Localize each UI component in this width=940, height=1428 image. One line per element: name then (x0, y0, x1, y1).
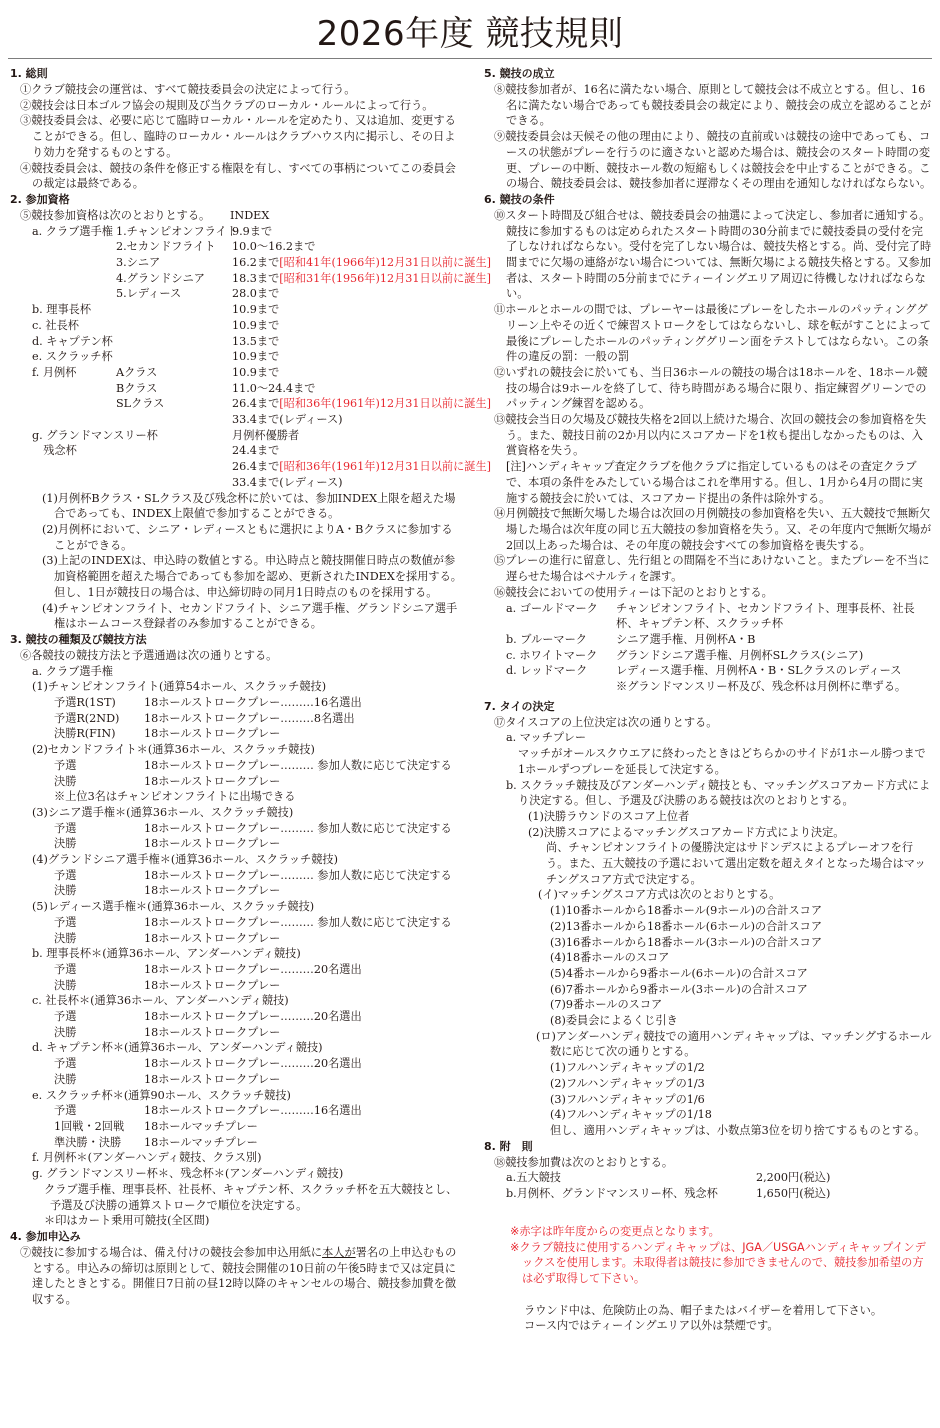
eligibility-row: c. 社長杯10.9まで (32, 318, 462, 334)
right-column: 5. 競技の成立 ⑧競技参加者が、16名に満たない場合、原則として競技会は不成立… (484, 66, 932, 1334)
round-row: 決勝18ホールストロークプレー (32, 836, 462, 852)
matching-item: (4)18番ホールのスコア (550, 950, 932, 966)
eligibility-row: f. 月例杯Aクラス10.9まで (32, 365, 462, 381)
eligibility-row: e. スクラッチ杯10.9まで (32, 349, 462, 365)
section-heading-general: 1. 総則 (10, 66, 462, 82)
round-row: 準決勝・決勝18ホールマッチプレー (32, 1135, 462, 1151)
group-title: b. 理事長杯＊(通算36ホール、アンダーハンディ競技) (32, 946, 462, 962)
tee-row-blue: b. ブルーマークシニア選手権、月例杯A・B (506, 632, 932, 648)
rule-item-11: ⑪ホールとホールの間では、プレーヤーは最後にプレーをしたホールのパッティンググリ… (484, 302, 932, 365)
rule-item-13: ⑬競技会当日の欠場及び競技失格を2回以上続けた場合、次回の競技会の参加資格を失う… (484, 412, 932, 459)
cart-note: ＊印はカート乗用可競技(全区間) (32, 1213, 462, 1229)
eligibility-intro: ⑤競技参加資格は次のとおりとする。 (20, 208, 230, 224)
red-note-changes: ※赤字は昨年度からの変更点となります。 (484, 1224, 932, 1240)
matching-item: (3)16番ホールから18番ホール(3ホール)の合計スコア (550, 935, 932, 951)
rule-13-note: [注]ハンディキャップ査定クラブを他クラブに指定しているものはその査定クラブで、… (484, 459, 932, 506)
tie-match-play-label: a. マッチプレー (484, 730, 932, 746)
fee-intro: ⑱競技参加費は次のとおりとする。 (484, 1155, 932, 1171)
eligibility-note-3-extra: 但し、1日が競技日の場合は、申込締切時の同月1日時点のものを採用する。 (10, 585, 462, 601)
handicap-note: 但し、適用ハンディキャップは、小数点第3位を切り捨てするものとする。 (550, 1123, 932, 1139)
round-row: 1回戦・2回戦18ホールマッチプレー (32, 1119, 462, 1135)
tee-row-gold: a. ゴールドマークチャンピオンフライト、セカンドフライト、理事長杯、社長杯、キ… (506, 601, 932, 632)
round-row: 決勝18ホールストロークプレー (32, 978, 462, 994)
monthly-cup-line: f. 月例杯＊(アンダーハンディ競技、クラス別) (32, 1150, 462, 1166)
eligibility-row: 残念杯24.4まで (32, 443, 462, 459)
matching-title: (イ)マッチングスコア方式は次のとおりとする。 (484, 887, 932, 903)
handicap-item: (3)フルハンディキャップの1/6 (550, 1092, 932, 1108)
round-row: 決勝18ホールストロークプレー (32, 883, 462, 899)
smoking-note: コース内ではティーイングエリア以外は禁煙です。 (484, 1318, 932, 1334)
eligibility-row: g. グランドマンスリー杯月例杯優勝者 (32, 428, 462, 444)
rule-item-1: ①クラブ競技会の運営は、すべて競技委員会の決定によって行う。 (10, 82, 462, 98)
eligibility-row: 3.シニア16.2まで[昭和41年(1966年)12月31日以前に誕生] (32, 255, 462, 271)
group-title: (3)シニア選手権＊(通算36ホール、スクラッチ競技) (32, 805, 462, 821)
changed-date-note: [昭和31年(1956年)12月31日以前に誕生] (279, 272, 491, 285)
section-heading-establishment: 5. 競技の成立 (484, 66, 932, 82)
section-heading-eligibility: 2. 参加資格 (10, 192, 462, 208)
matching-list: (1)10番ホールから18番ホール(9ホール)の合計スコア (2)13番ホールか… (484, 903, 932, 1029)
handicap-item: (4)フルハンディキャップの1/18 (550, 1107, 932, 1123)
eligibility-row: 26.4まで[昭和36年(1961年)12月31日以前に誕生] (32, 459, 462, 475)
group-title: (2)セカンドフライト＊(通算36ホール、スクラッチ競技) (32, 742, 462, 758)
round-row: 決勝R(FIN)18ホールストロークプレー (32, 726, 462, 742)
rule-item-3: ③競技委員会は、必要に応じて臨時ローカル・ルールを定めたり、又は追加、変更するこ… (10, 113, 462, 160)
handicap-title: (ロ)アンダーハンディ競技での適用ハンディキャップは、マッチングするホール数に応… (484, 1029, 932, 1060)
eligibility-note-2: (2)月例杯において、シニア・レディースともに選択によりA・Bクラスに参加するこ… (10, 522, 462, 553)
entry-rule: ⑦競技に参加する場合は、備え付けの競技会参加申込用紙に本人が署名の上申込むものと… (10, 1245, 462, 1308)
rule-item-9: ⑨競技委員会は天候その他の理由により、競技の直前或いは競技の途中であっても、コー… (484, 129, 932, 192)
eligibility-table: a. クラブ選手権1.チャンピオンフライト9.9まで 2.セカンドフライト10.… (10, 224, 462, 491)
tie-b2-note: 尚、チャンピオンフライトの優勝決定はサドンデスによるプレーオフを行う。また、五大… (484, 840, 932, 887)
eligibility-header: ⑤競技参加資格は次のとおりとする。 INDEX (10, 208, 462, 224)
section-heading-entry: 4. 参加申込み (10, 1229, 462, 1245)
eligibility-row: 33.4まで(レディース) (32, 412, 462, 428)
round-row: 予選R(1ST)18ホールストロークプレー………16名選出 (32, 695, 462, 711)
group-title: (4)グランドシニア選手権＊(通算36ホール、スクラッチ競技) (32, 852, 462, 868)
tie-match-play-text: マッチがオールスクウエアに終わったときはどちらかのサイドが1ホール勝つまで1ホー… (484, 746, 932, 777)
rule-item-10: ⑩スタート時間及び組合せは、競技委員会の抽選によって決定し、参加者に通知する。競… (484, 208, 932, 302)
handicap-item: (1)フルハンディキャップの1/2 (550, 1060, 932, 1076)
group-title: e. スクラッチ杯＊(通算90ホール、スクラッチ競技) (32, 1088, 462, 1104)
eligibility-row: 33.4まで(レディース) (32, 475, 462, 491)
rule-item-12: ⑫いずれの競技会に於いても、当日36ホールの競技の場合は18ホールを、18ホール… (484, 365, 932, 412)
eligibility-row: 4.グランドシニア18.3まで[昭和31年(1956年)12月31日以前に誕生] (32, 271, 462, 287)
round-row: 決勝18ホールストロークプレー (32, 931, 462, 947)
matching-item: (5)4番ホールから9番ホール(6ホール)の合計スコア (550, 966, 932, 982)
eligibility-row: a. クラブ選手権1.チャンピオンフライト9.9まで (32, 224, 462, 240)
club-championship-groups: (1)チャンピオンフライト(通算54ホール、スクラッチ競技) 予選R(1ST)1… (10, 679, 462, 946)
rule-item-16: ⑯競技会においての使用ティーは下記のとおりとする。 (484, 585, 932, 601)
matching-item: (1)10番ホールから18番ホール(9ホール)の合計スコア (550, 903, 932, 919)
tee-table: a. ゴールドマークチャンピオンフライト、セカンドフライト、理事長杯、社長杯、キ… (484, 601, 932, 695)
round-note: ※上位3名はチャンピオンフライトに出場できる (32, 789, 462, 805)
eligibility-row: 5.レディース28.0まで (32, 286, 462, 302)
page-title: 2026年度 競技規則 (0, 12, 940, 56)
tie-b2: (2)決勝スコアによるマッチングスコアカード方式により決定。 (484, 825, 932, 841)
red-note-handicap: ※クラブ競技に使用するハンディキャップは、JGA／USGAハンディキャップインデ… (484, 1240, 932, 1287)
group-title: c. 社長杯＊(通算36ホール、アンダーハンディ競技) (32, 993, 462, 1009)
rule-item-4: ④競技委員会は、競技の条件を修正する権限を有し、すべての事柄についてこの委員会の… (10, 161, 462, 192)
fee-row: b.月例杯、グランドマンスリー杯、残念杯1,650円(税込) (506, 1186, 932, 1202)
safety-note: ラウンド中は、危険防止の為、帽子またはバイザーを着用して下さい。 (484, 1303, 932, 1319)
tee-note: ※グランドマンスリー杯及び、残念杯は月例杯に準ずる。 (506, 679, 932, 695)
group-title: (1)チャンピオンフライト(通算54ホール、スクラッチ競技) (32, 679, 462, 695)
group-title: d. キャプテン杯＊(通算36ホール、アンダーハンディ競技) (32, 1040, 462, 1056)
changed-date-note: [昭和36年(1961年)12月31日以前に誕生] (279, 460, 491, 473)
round-row: 予選18ホールストロークプレー………20名選出 (32, 962, 462, 978)
matching-item: (8)委員会によるくじ引き (550, 1013, 932, 1029)
round-row: 予選18ホールストロークプレー………16名選出 (32, 1103, 462, 1119)
round-row: 決勝18ホールストロークプレー (32, 1072, 462, 1088)
tee-row-red: d. レッドマークレディース選手権、月例杯A・B・SLクラスのレディース (506, 663, 932, 679)
left-column: 1. 総則 ①クラブ競技会の運営は、すべて競技委員会の決定によって行う。 ②競技… (10, 66, 462, 1308)
five-major-note: クラブ選手権、理事長杯、社長杯、キャプテン杯、スクラッチ杯を五大競技とし、予選及… (32, 1182, 462, 1213)
eligibility-row: SLクラス26.4まで[昭和36年(1961年)12月31日以前に誕生] (32, 396, 462, 412)
round-row: 予選18ホールストロークプレー……… 参加人数に応じて決定する (32, 758, 462, 774)
eligibility-row: d. キャプテン杯13.5まで (32, 334, 462, 350)
tie-intro: ⑰タイスコアの上位決定は次の通りとする。 (484, 715, 932, 731)
changed-date-note: [昭和36年(1961年)12月31日以前に誕生] (279, 397, 491, 410)
round-row: 予選18ホールストロークプレー………20名選出 (32, 1056, 462, 1072)
handicap-list: (1)フルハンディキャップの1/2 (2)フルハンディキャップの1/3 (3)フ… (484, 1060, 932, 1139)
round-row: 予選18ホールストロークプレー………20名選出 (32, 1009, 462, 1025)
competition-intro: ⑥各競技の競技方法と予選通過は次の通りとする。 (10, 648, 462, 664)
fee-row: a.五大競技2,200円(税込) (506, 1170, 932, 1186)
tie-scratch-text: b. スクラッチ競技及びアンダーハンディ競技とも、マッチングスコアカード方式によ… (484, 778, 932, 809)
round-row: 予選18ホールストロークプレー……… 参加人数に応じて決定する (32, 821, 462, 837)
round-row: 予選18ホールストロークプレー……… 参加人数に応じて決定する (32, 915, 462, 931)
grand-monthly-line: g. グランドマンスリー杯＊、残念杯＊(アンダーハンディ競技) (32, 1166, 462, 1182)
round-row: 予選18ホールストロークプレー……… 参加人数に応じて決定する (32, 868, 462, 884)
round-row: 決勝18ホールストロークプレー (32, 774, 462, 790)
section-heading-competition-types: 3. 競技の種類及び競技方法 (10, 632, 462, 648)
eligibility-note-3: (3)上記のINDEXは、申込時の数値とする。申込時点と競技開催日時点の数値が参… (10, 553, 462, 584)
other-competitions: b. 理事長杯＊(通算36ホール、アンダーハンディ競技) 予選18ホールストロー… (10, 946, 462, 1229)
section-heading-supplementary: 8. 附 則 (484, 1139, 932, 1155)
index-label: INDEX (230, 208, 269, 224)
group-title: (5)レディース選手権＊(通算36ホール、スクラッチ競技) (32, 899, 462, 915)
handicap-item: (2)フルハンディキャップの1/3 (550, 1076, 932, 1092)
section-heading-conditions: 6. 競技の条件 (484, 192, 932, 208)
changed-date-note: [昭和41年(1966年)12月31日以前に誕生] (279, 256, 491, 269)
tie-b1: (1)決勝ラウンドのスコア上位者 (484, 809, 932, 825)
club-championship-label: a. クラブ選手権 (10, 664, 462, 680)
eligibility-note-4: (4)チャンピオンフライト、セカンドフライト、シニア選手権、グランドシニア選手権… (10, 601, 462, 632)
round-row: 決勝18ホールストロークプレー (32, 1025, 462, 1041)
matching-item: (7)9番ホールのスコア (550, 997, 932, 1013)
rule-item-14: ⑭月例競技で無断欠場した場合は次回の月例競技の参加資格を失い、五大競技で無断欠場… (484, 506, 932, 553)
rule-item-8: ⑧競技参加者が、16名に満たない場合、原則として競技会は不成立とする。但し、16… (484, 82, 932, 129)
tee-row-white: c. ホワイトマークグランドシニア選手権、月例杯SLクラス(シニア) (506, 648, 932, 664)
round-row: 予選R(2ND)18ホールストロークプレー………8名選出 (32, 711, 462, 727)
eligibility-row: Bクラス11.0〜24.4まで (32, 381, 462, 397)
rule-item-2: ②競技会は日本ゴルフ協会の規則及び当クラブのローカル・ルールによって行う。 (10, 98, 462, 114)
eligibility-row: b. 理事長杯10.9まで (32, 302, 462, 318)
eligibility-row: 2.セカンドフライト10.0〜16.2まで (32, 239, 462, 255)
fee-table: a.五大競技2,200円(税込) b.月例杯、グランドマンスリー杯、残念杯1,6… (484, 1170, 932, 1201)
title-divider (8, 58, 932, 59)
matching-item: (6)7番ホールから9番ホール(3ホール)の合計スコア (550, 982, 932, 998)
section-heading-ties: 7. タイの決定 (484, 699, 932, 715)
eligibility-note-1: (1)月例杯Bクラス・SLクラス及び残念杯に於いては、参加INDEX上限を超えた… (10, 491, 462, 522)
matching-item: (2)13番ホールから18番ホール(6ホール)の合計スコア (550, 919, 932, 935)
rule-item-15: ⑮プレーの進行に留意し、先行組との間隔を不当にあけないこと。またプレーを不当に遅… (484, 553, 932, 584)
